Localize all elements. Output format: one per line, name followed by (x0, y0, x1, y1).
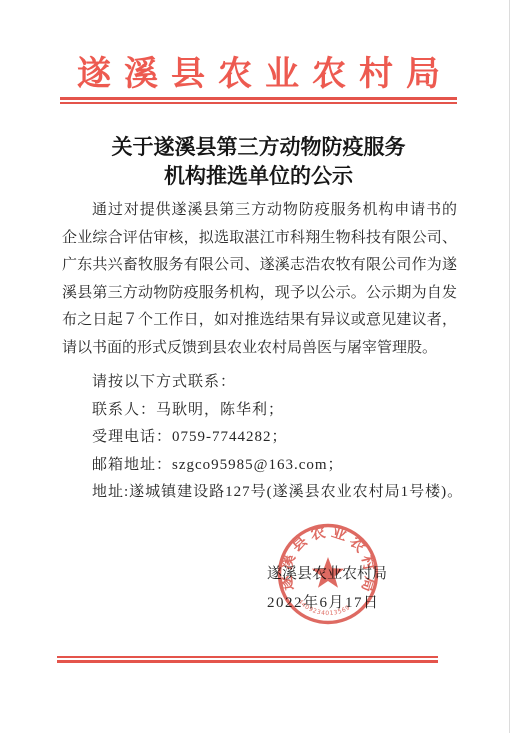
body-line: 溪县第三方动物防疫服务机构，现予以公示。公示期为自发 (62, 280, 457, 308)
official-seal: 遂溪县农业农村局 4409234013569 (276, 522, 380, 626)
body-line: 通过对提供遂溪县第三方动物防疫服务机构申请书的 (62, 197, 457, 225)
contact-person-line: 联系人：马耿明，陈华利； (62, 397, 457, 425)
contact-intro-line: 请按以下方式联系： (62, 369, 457, 397)
document-title-line2: 机构推选单位的公示 (0, 162, 517, 191)
footer-double-rule (57, 656, 438, 663)
document-title: 关于遂溪县第三方动物防疫服务 机构推选单位的公示 (0, 133, 517, 191)
document-title-line1: 关于遂溪县第三方动物防疫服务 (0, 133, 517, 162)
document-page: 遂溪县农业农村局 关于遂溪县第三方动物防疫服务 机构推选单位的公示 通过对提供遂… (0, 0, 517, 733)
star-icon (312, 557, 344, 588)
letterhead-double-rule (60, 97, 457, 104)
seal-code-text: 4409234013569 (296, 598, 351, 617)
body-line: 请以书面的形式反馈到县农业农村局兽医与屠宰管理股。 (62, 335, 457, 363)
scan-edge-shadow (509, 0, 510, 733)
body-line: 布之日起７个工作日，如对推选结果有异议或意见建议者， (62, 307, 457, 335)
contact-phone-line: 受理电话：0759-7744282； (62, 424, 457, 452)
contact-email-line: 邮箱地址：szgco95985@163.com； (62, 452, 457, 480)
body-line: 企业综合评估审核，拟选取湛江市科翔生物科技有限公司、 (62, 225, 457, 253)
contact-address-line: 地址:遂城镇建设路127号(遂溪县农业农村局1号楼)。 (62, 479, 457, 507)
contact-info: 请按以下方式联系： 联系人：马耿明，陈华利； 受理电话：0759-7744282… (62, 369, 457, 507)
letterhead-org-name: 遂溪县农业农村局 (0, 46, 517, 95)
body-line: 广东共兴畜牧服务有限公司、遂溪志浩农牧有限公司作为遂 (62, 252, 457, 280)
body-paragraph: 通过对提供遂溪县第三方动物防疫服务机构申请书的 企业综合评估审核，拟选取湛江市科… (62, 197, 457, 362)
